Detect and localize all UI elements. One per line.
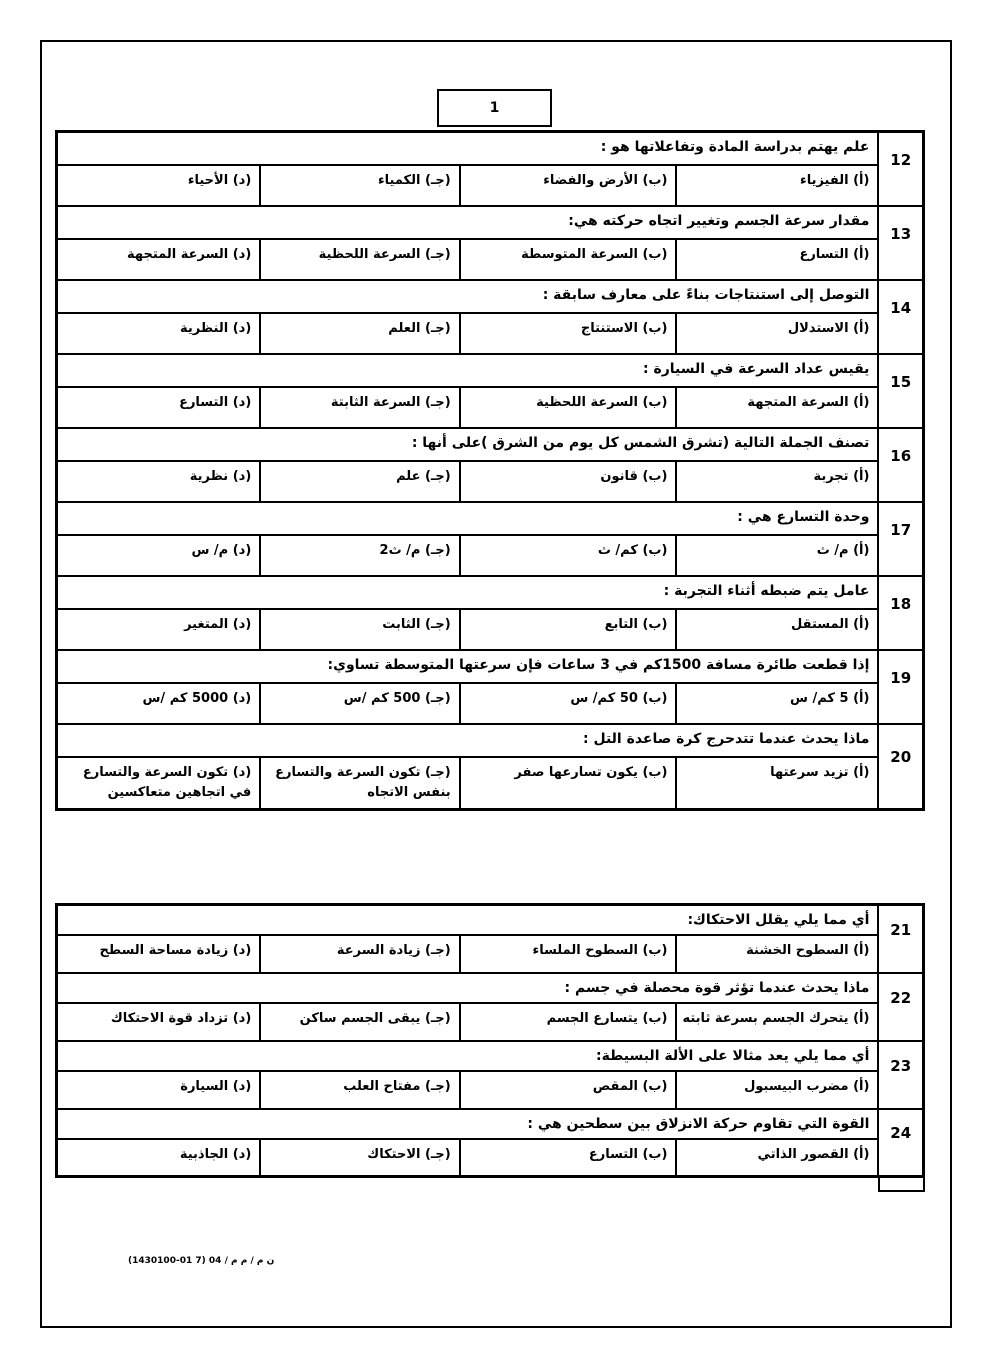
option-c: (جـ) زيادة السرعة [260, 935, 459, 973]
answer-row: (أ) يتحرك الجسم بسرعة ثابته (ب) يتسارع ا… [57, 1003, 924, 1041]
question-text: أي مما يلي يعد مثالا على الألة البسيطة: [57, 1041, 879, 1071]
option-b: (ب) السرعة المتوسطة [460, 239, 677, 280]
exam-page: 1 12 علم يهتم بدراسة المادة وتفاعلاتها ه… [0, 0, 992, 1370]
question-text: ماذا يحدث عندما تؤثر قوة محصلة في جسم : [57, 973, 879, 1003]
option-d: (د) تزداد قوة الاحتكاك [57, 1003, 261, 1041]
option-c: (جـ) مفتاح العلب [260, 1071, 459, 1109]
question-row: 24 القوة التي تقاوم حركة الانزلاق بين سط… [57, 1109, 924, 1139]
option-d: (د) زيادة مساحة السطح [57, 935, 261, 973]
question-number: 21 [878, 905, 923, 973]
option-c: (جـ) السرعة اللحظية [260, 239, 459, 280]
question-text: القوة التي تقاوم حركة الانزلاق بين سطحين… [57, 1109, 879, 1139]
question-text: ماذا يحدث عندما تتدحرج كرة صاعدة التل : [57, 724, 879, 757]
option-d: (د) السرعة المتجهة [57, 239, 261, 280]
answer-row: (أ) السطوح الخشنة (ب) السطوح الملساء (جـ… [57, 935, 924, 973]
question-row: 20 ماذا يحدث عندما تتدحرج كرة صاعدة التل… [57, 724, 924, 757]
option-a: (أ) م/ ث [676, 535, 878, 576]
question-row: 23 أي مما يلي يعد مثالا على الألة البسيط… [57, 1041, 924, 1071]
option-c: (جـ) الاحتكاك [260, 1139, 459, 1177]
question-number: 17 [878, 502, 923, 576]
answer-row: (أ) الفيزياء (ب) الأرض والفضاء (جـ) الكم… [57, 165, 924, 206]
answer-row: (أ) التسارع (ب) السرعة المتوسطة (جـ) الس… [57, 239, 924, 280]
question-number: 19 [878, 650, 923, 724]
question-row: 13 مقدار سرعة الجسم وتغيير اتجاه حركته ه… [57, 206, 924, 239]
question-text: مقدار سرعة الجسم وتغيير اتجاه حركته هي: [57, 206, 879, 239]
option-d: (د) م/ س [57, 535, 261, 576]
option-d: (د) النظرية [57, 313, 261, 354]
option-b: (ب) قانون [460, 461, 677, 502]
option-c: (جـ) الكمياء [260, 165, 459, 206]
option-d: (د) تكون السرعة والتسارع في اتجاهين متعا… [57, 757, 261, 810]
answer-row: (أ) القصور الذاتي (ب) التسارع (جـ) الاحت… [57, 1139, 924, 1177]
question-row: 19 إذا قطعت طائرة مسافة 1500كم في 3 ساعا… [57, 650, 924, 683]
question-number: 24 [878, 1109, 923, 1177]
option-b: (ب) الأرض والفضاء [460, 165, 677, 206]
option-b: (ب) السرعة اللحظية [460, 387, 677, 428]
answer-row: (أ) السرعة المتجهة (ب) السرعة اللحظية (ج… [57, 387, 924, 428]
answer-row: (أ) مضرب البيسبول (ب) المقص (جـ) مفتاح ا… [57, 1071, 924, 1109]
option-a: (أ) القصور الذاتي [676, 1139, 878, 1177]
option-d: (د) 5000 كم /س [57, 683, 261, 724]
option-a: (أ) الاستدلال [676, 313, 878, 354]
option-c: (جـ) م/ ث2 [260, 535, 459, 576]
question-number: 14 [878, 280, 923, 354]
option-a: (أ) السطوح الخشنة [676, 935, 878, 973]
question-number: 22 [878, 973, 923, 1041]
option-d: (د) السيارة [57, 1071, 261, 1109]
question-row: 18 عامل يتم ضبطه أثناء التجربة : [57, 576, 924, 609]
question-text: عامل يتم ضبطه أثناء التجربة : [57, 576, 879, 609]
option-a: (أ) التسارع [676, 239, 878, 280]
option-a: (أ) السرعة المتجهة [676, 387, 878, 428]
option-b: (ب) 50 كم/ س [460, 683, 677, 724]
option-c: (جـ) العلم [260, 313, 459, 354]
answer-row: (أ) تجربة (ب) قانون (جـ) علم (د) نظرية [57, 461, 924, 502]
option-a: (أ) يتحرك الجسم بسرعة ثابته [676, 1003, 878, 1041]
option-c: (جـ) يبقى الجسم ساكن [260, 1003, 459, 1041]
page-number-box: 1 [437, 89, 552, 127]
question-text: وحدة التسارع هي : [57, 502, 879, 535]
questions-table-1: 12 علم يهتم بدراسة المادة وتفاعلاتها هو … [55, 130, 925, 811]
option-a: (أ) المستقل [676, 609, 878, 650]
option-a: (أ) مضرب البيسبول [676, 1071, 878, 1109]
question-number: 18 [878, 576, 923, 650]
answer-row: (أ) م/ ث (ب) كم/ ث (جـ) م/ ث2 (د) م/ س [57, 535, 924, 576]
question-number: 13 [878, 206, 923, 280]
footer-code: ن م / م م / 04 (7 01-1430100) [128, 1256, 274, 1266]
question-text: يقيس عداد السرعة في السيارة : [57, 354, 879, 387]
option-a: (أ) تجربة [676, 461, 878, 502]
option-d: (د) الجاذبية [57, 1139, 261, 1177]
option-b: (ب) التابع [460, 609, 677, 650]
question-number: 23 [878, 1041, 923, 1109]
option-c: (جـ) السرعة الثابتة [260, 387, 459, 428]
option-a: (أ) تزيد سرعتها [676, 757, 878, 810]
question-row: 17 وحدة التسارع هي : [57, 502, 924, 535]
question-row: 15 يقيس عداد السرعة في السيارة : [57, 354, 924, 387]
option-b: (ب) السطوح الملساء [460, 935, 677, 973]
option-d: (د) المتغير [57, 609, 261, 650]
question-number: 15 [878, 354, 923, 428]
option-b: (ب) كم/ ث [460, 535, 677, 576]
questions-table-2-wrap: 21 أي مما يلي يقلل الاحتكاك: (أ) السطوح … [55, 903, 925, 1192]
question-row: 21 أي مما يلي يقلل الاحتكاك: [57, 905, 924, 935]
question-row: 16 تصنف الجملة التالية (تشرق الشمس كل يو… [57, 428, 924, 461]
option-b: (ب) التسارع [460, 1139, 677, 1177]
option-c: (جـ) علم [260, 461, 459, 502]
question-text: علم يهتم بدراسة المادة وتفاعلاتها هو : [57, 132, 879, 165]
question-text: أي مما يلي يقلل الاحتكاك: [57, 905, 879, 935]
question-row: 12 علم يهتم بدراسة المادة وتفاعلاتها هو … [57, 132, 924, 165]
option-a: (أ) الفيزياء [676, 165, 878, 206]
question-number: 16 [878, 428, 923, 502]
option-d: (د) نظرية [57, 461, 261, 502]
question-text: التوصل إلى استنتاجات بناءً على معارف ساب… [57, 280, 879, 313]
option-c: (جـ) 500 كم /س [260, 683, 459, 724]
question-number: 12 [878, 132, 923, 206]
option-b: (ب) الاستنتاج [460, 313, 677, 354]
option-d: (د) الأحياء [57, 165, 261, 206]
question-text: تصنف الجملة التالية (تشرق الشمس كل يوم م… [57, 428, 879, 461]
answer-row: (أ) 5 كم/ س (ب) 50 كم/ س (جـ) 500 كم /س … [57, 683, 924, 724]
question-row: 22 ماذا يحدث عندما تؤثر قوة محصلة في جسم… [57, 973, 924, 1003]
answer-row: (أ) تزيد سرعتها (ب) يكون تسارعها صفر (جـ… [57, 757, 924, 810]
option-b: (ب) يكون تسارعها صفر [460, 757, 677, 810]
option-b: (ب) يتسارع الجسم [460, 1003, 677, 1041]
option-c: (جـ) الثابت [260, 609, 459, 650]
answer-row: (أ) الاستدلال (ب) الاستنتاج (جـ) العلم (… [57, 313, 924, 354]
answer-row: (أ) المستقل (ب) التابع (جـ) الثابت (د) ا… [57, 609, 924, 650]
question-text: إذا قطعت طائرة مسافة 1500كم في 3 ساعات ف… [57, 650, 879, 683]
question-row: 14 التوصل إلى استنتاجات بناءً على معارف … [57, 280, 924, 313]
option-a: (أ) 5 كم/ س [676, 683, 878, 724]
option-d: (د) التسارع [57, 387, 261, 428]
question-number: 20 [878, 724, 923, 810]
page-number: 1 [490, 100, 500, 116]
option-c: (جـ) تكون السرعة والتسارع بنفس الاتجاه [260, 757, 459, 810]
question-24-number-tab [878, 1178, 925, 1192]
questions-table-1-wrap: 12 علم يهتم بدراسة المادة وتفاعلاتها هو … [55, 130, 925, 811]
option-b: (ب) المقص [460, 1071, 677, 1109]
questions-table-2: 21 أي مما يلي يقلل الاحتكاك: (أ) السطوح … [55, 903, 925, 1178]
